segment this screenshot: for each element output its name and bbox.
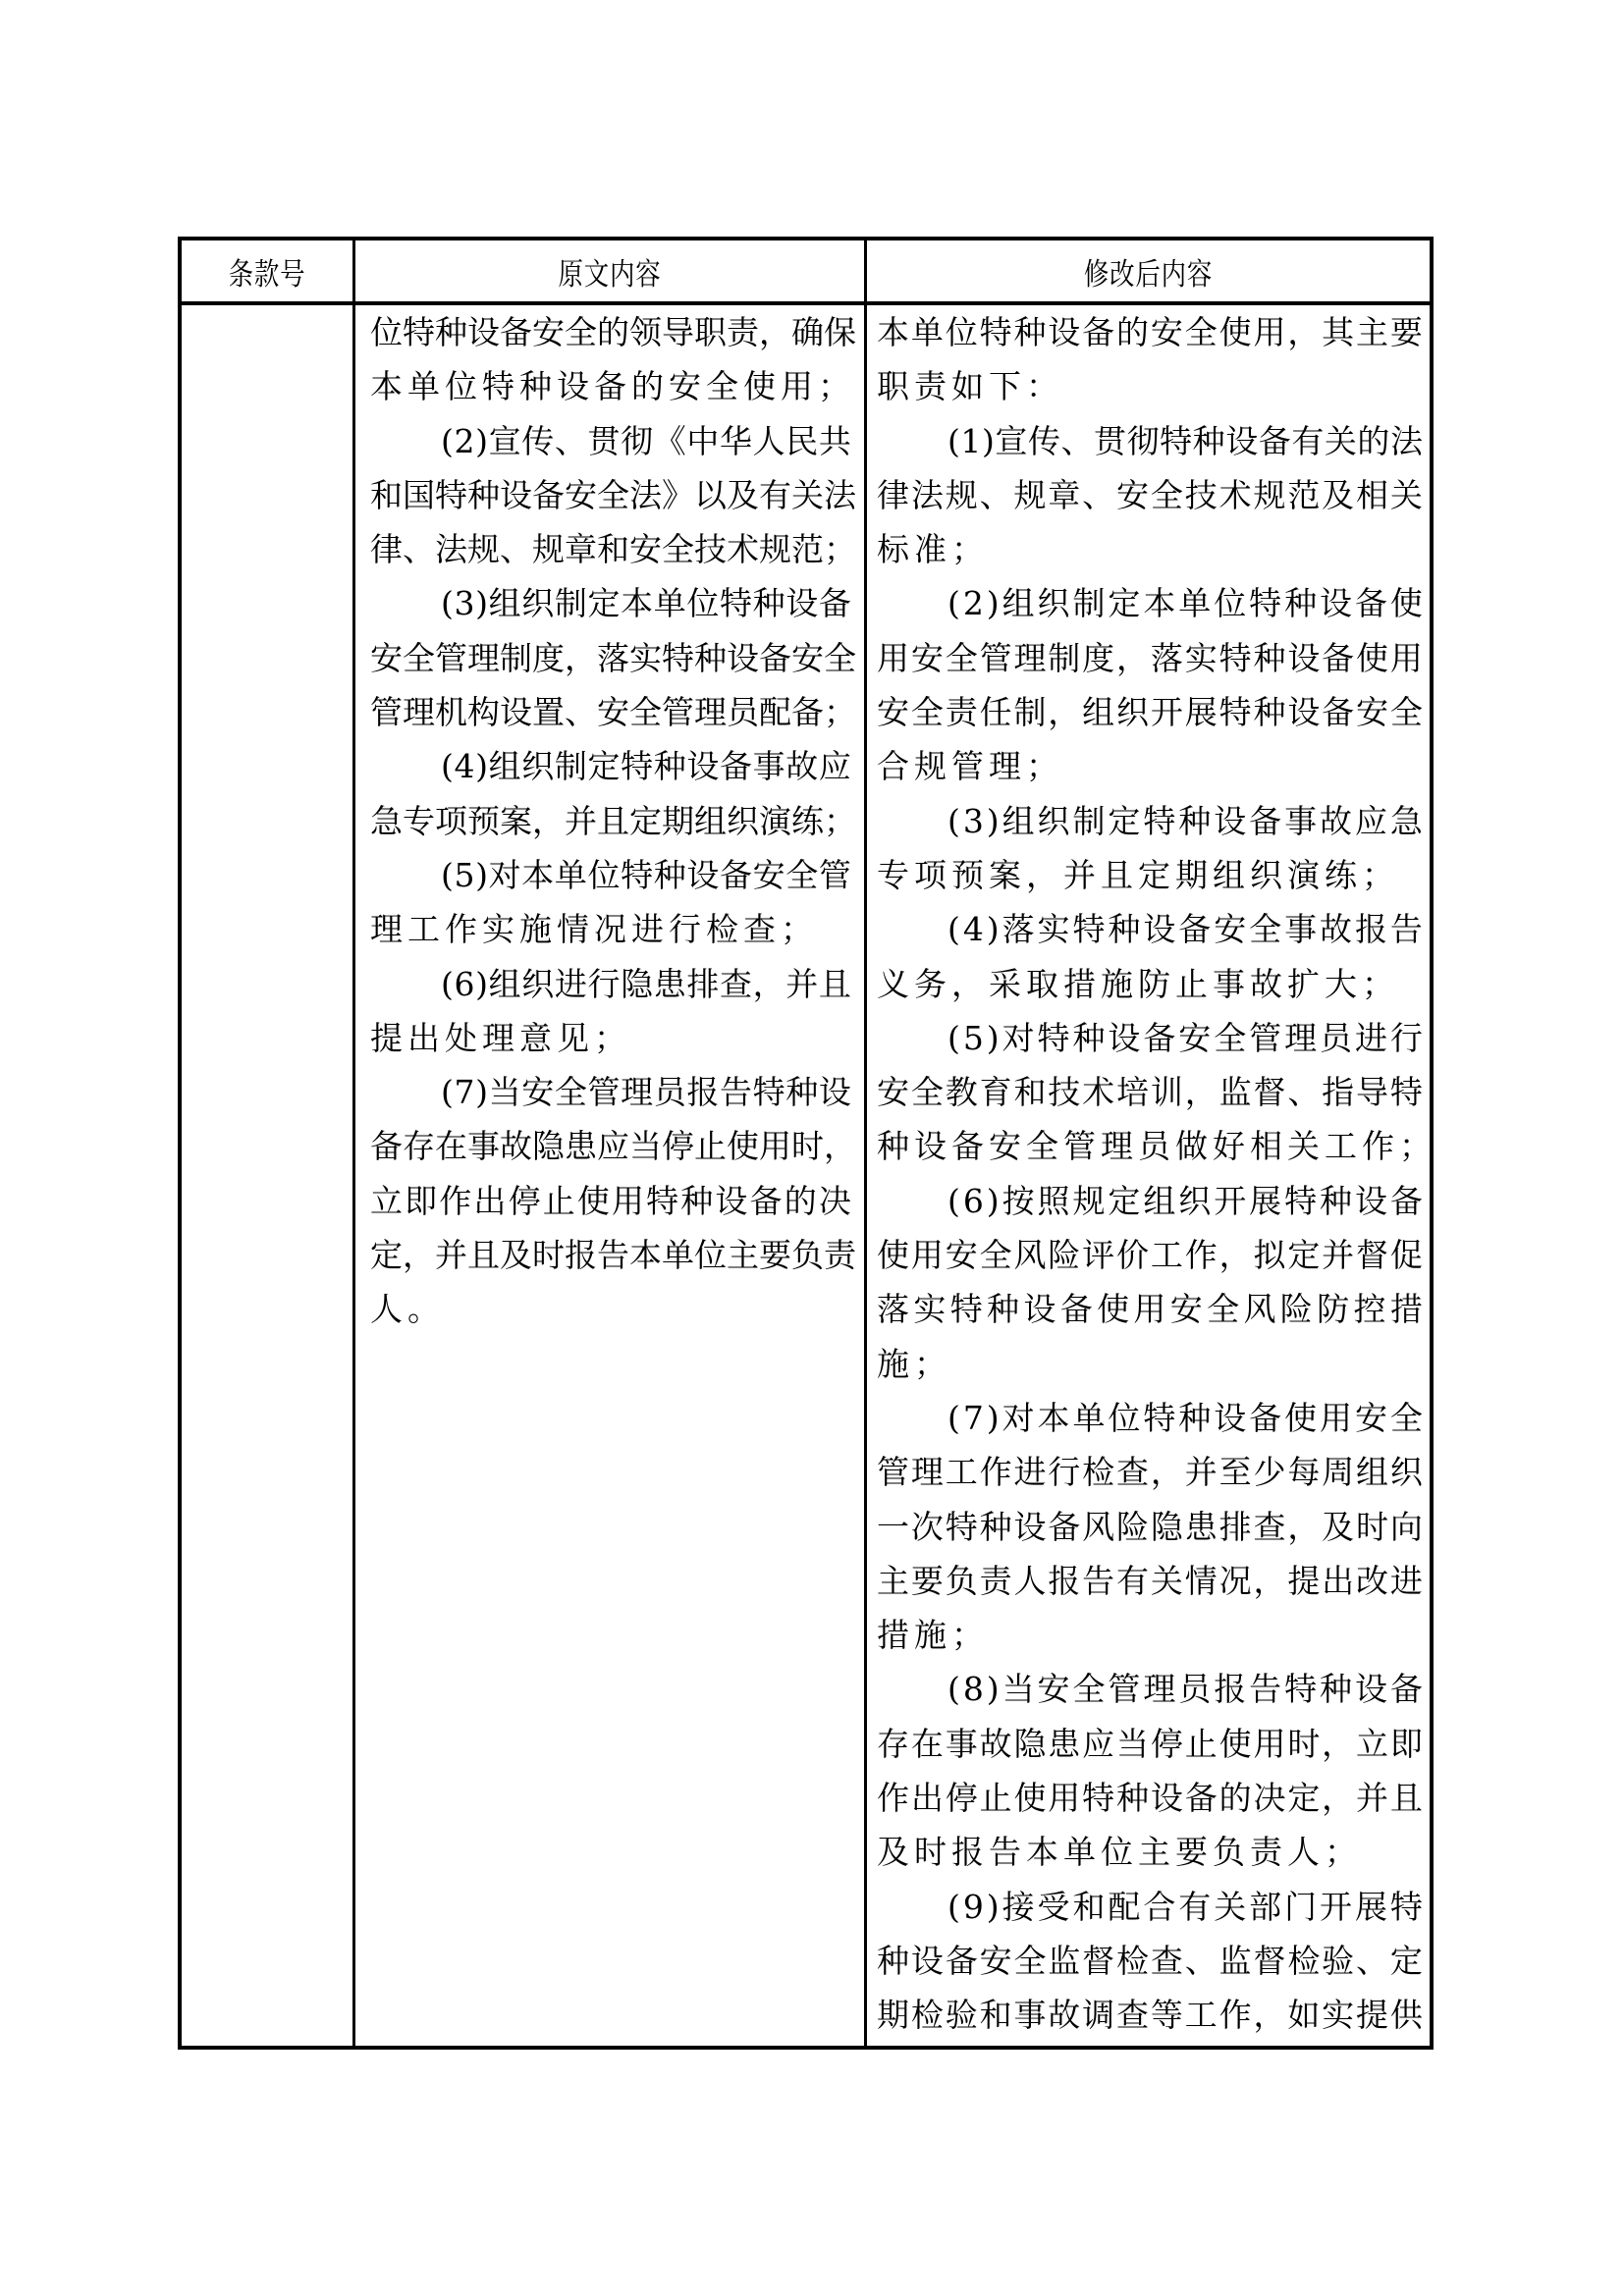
text-line: 安全教育和技术培训，监督、指导特 [877, 1065, 1423, 1119]
line-glyphs: (3)组织制定本单位特种设备 [441, 576, 851, 630]
text-line: 提出处理意见； [370, 1011, 851, 1065]
text-line: 标准； [877, 522, 1423, 576]
text-line: (3)组织制定本单位特种设备 [370, 576, 851, 630]
text-line: 安全责任制，组织开展特种设备安全 [877, 685, 1423, 739]
text-line: 义务，采取措施防止事故扩大； [877, 957, 1423, 1011]
text-line: 本单位特种设备的安全使用，其主要 [877, 305, 1423, 359]
line-glyphs: 作出停止使用特种设备的决定，并且 [877, 1771, 1423, 1825]
line-glyphs: 一次特种设备风险隐患排查，及时向 [877, 1500, 1423, 1554]
header-revised-content: 修改后内容 [918, 240, 1380, 301]
text-line: 位特种设备安全的领导职责，确保 [370, 305, 851, 359]
text-line: 定，并且及时报告本单位主要负责 [370, 1228, 851, 1282]
text-line: 作出停止使用特种设备的决定，并且 [877, 1771, 1423, 1825]
line-glyphs: 定，并且及时报告本单位主要负责 [370, 1228, 851, 1282]
text-line: (6)按照规定组织开展特种设备 [877, 1174, 1423, 1228]
text-line: 使用安全风险评价工作，拟定并督促 [877, 1228, 1423, 1282]
text-line: 措施； [877, 1608, 1423, 1662]
line-glyphs: 安全责任制，组织开展特种设备安全 [877, 685, 1423, 739]
text-line: 备存在事故隐患应当停止使用时， [370, 1119, 851, 1173]
text-line: 专项预案，并且定期组织演练； [877, 848, 1423, 902]
text-line: 主要负责人报告有关情况，提出改进 [877, 1554, 1423, 1608]
line-glyphs: 使用安全风险评价工作，拟定并督促 [877, 1228, 1423, 1282]
line-glyphs: 备存在事故隐患应当停止使用时， [370, 1119, 851, 1173]
line-glyphs: 律法规、规章、安全技术规范及相关 [877, 468, 1423, 522]
text-line: 落实特种设备使用安全风险防控措 [877, 1282, 1423, 1336]
line-glyphs: (6)按照规定组织开展特种设备 [947, 1174, 1423, 1228]
line-glyphs: 立即作出停止使用特种设备的决 [370, 1174, 851, 1228]
line-glyphs: 律、法规、规章和安全技术规范； [370, 522, 851, 576]
text-line: 用安全管理制度，落实特种设备使用 [877, 631, 1423, 685]
line-glyphs: (1)宣传、贯彻特种设备有关的法 [947, 414, 1423, 468]
line-glyphs: 急专项预案，并且定期组织演练； [370, 794, 851, 848]
text-line: 律、法规、规章和安全技术规范； [370, 522, 851, 576]
text-line: 及时报告本单位主要负责人； [877, 1825, 1423, 1879]
text-line: 合规管理； [877, 739, 1423, 793]
line-glyphs: 和国特种设备安全法》以及有关法 [370, 468, 851, 522]
line-glyphs: (7)当安全管理员报告特种设 [441, 1065, 851, 1119]
text-line: 管理工作进行检查，并至少每周组织 [877, 1445, 1423, 1499]
line-glyphs: 种设备安全监督检查、监督检验、定 [877, 1934, 1423, 1988]
text-line: 和国特种设备安全法》以及有关法 [370, 468, 851, 522]
text-line: (9)接受和配合有关部门开展特 [877, 1880, 1423, 1934]
text-line: 安全管理制度，落实特种设备安全 [370, 631, 851, 685]
text-line: 期检验和事故调查等工作，如实提供 [877, 1988, 1423, 2042]
line-glyphs: 主要负责人报告有关情况，提出改进 [877, 1554, 1423, 1608]
text-line: (1)宣传、贯彻特种设备有关的法 [877, 414, 1423, 468]
line-glyphs: 期检验和事故调查等工作，如实提供 [877, 1988, 1423, 2042]
text-line: (5)对本单位特种设备安全管 [370, 848, 851, 902]
text-line: (3)组织制定特种设备事故应急 [877, 794, 1423, 848]
line-glyphs: 安全教育和技术培训，监督、指导特 [877, 1065, 1423, 1119]
line-glyphs: 管理工作进行检查，并至少每周组织 [877, 1445, 1423, 1499]
line-glyphs: (5)对本单位特种设备安全管 [441, 848, 851, 902]
text-line: (2)组织制定本单位特种设备使 [877, 576, 1423, 630]
header-clause-number: 条款号 [197, 240, 338, 301]
line-glyphs: (7)对本单位特种设备使用安全 [947, 1391, 1423, 1445]
text-line: (7)对本单位特种设备使用安全 [877, 1391, 1423, 1445]
revised-content-cell: 本单位特种设备的安全使用，其主要职责如下：(1)宣传、贯彻特种设备有关的法律法规… [877, 305, 1423, 2043]
text-line: 职责如下： [877, 359, 1423, 413]
line-glyphs: (5)对特种设备安全管理员进行 [947, 1011, 1423, 1065]
text-line: (8)当安全管理员报告特种设备 [877, 1662, 1423, 1716]
line-glyphs: (9)接受和配合有关部门开展特 [947, 1880, 1423, 1934]
original-content-cell: 位特种设备安全的领导职责，确保本单位特种设备的安全使用；(2)宣传、贯彻《中华人… [370, 305, 851, 1337]
text-line: (2)宣传、贯彻《中华人民共 [370, 414, 851, 468]
text-line: 律法规、规章、安全技术规范及相关 [877, 468, 1423, 522]
line-glyphs: (2)宣传、贯彻《中华人民共 [441, 414, 851, 468]
text-line: 种设备安全监督检查、监督检验、定 [877, 1934, 1423, 1988]
text-line: 急专项预案，并且定期组织演练； [370, 794, 851, 848]
line-glyphs: 存在事故隐患应当停止使用时，立即 [877, 1717, 1423, 1771]
text-line: 存在事故隐患应当停止使用时，立即 [877, 1717, 1423, 1771]
header-original-content: 原文内容 [402, 240, 819, 301]
column-divider [864, 240, 867, 2046]
text-line: (7)当安全管理员报告特种设 [370, 1065, 851, 1119]
text-line: 管理机构设置、安全管理员配备； [370, 685, 851, 739]
text-line: 本单位特种设备的安全使用； [370, 359, 851, 413]
line-glyphs: (4)落实特种设备安全事故报告 [947, 902, 1423, 956]
text-line: 一次特种设备风险隐患排查，及时向 [877, 1500, 1423, 1554]
text-line: (4)落实特种设备安全事故报告 [877, 902, 1423, 956]
line-glyphs: (8)当安全管理员报告特种设备 [947, 1662, 1423, 1716]
line-glyphs: (3)组织制定特种设备事故应急 [947, 794, 1423, 848]
line-glyphs: 本单位特种设备的安全使用，其主要 [877, 305, 1423, 359]
text-line: (5)对特种设备安全管理员进行 [877, 1011, 1423, 1065]
line-glyphs: (4)组织制定特种设备事故应 [441, 739, 851, 793]
text-line: 种设备安全管理员做好相关工作； [877, 1119, 1423, 1173]
text-line: 施； [877, 1337, 1423, 1391]
text-line: 理工作实施情况进行检查； [370, 902, 851, 956]
column-divider [352, 240, 355, 2046]
line-glyphs: 管理机构设置、安全管理员配备； [370, 685, 851, 739]
line-glyphs: (6)组织进行隐患排查，并且 [441, 957, 851, 1011]
line-glyphs: 安全管理制度，落实特种设备安全 [370, 631, 851, 685]
text-line: (6)组织进行隐患排查，并且 [370, 957, 851, 1011]
text-line: (4)组织制定特种设备事故应 [370, 739, 851, 793]
line-glyphs: (2)组织制定本单位特种设备使 [947, 576, 1423, 630]
comparison-table: 条款号 原文内容 修改后内容 位特种设备安全的领导职责，确保本单位特种设备的安全… [178, 237, 1434, 2050]
line-glyphs: 落实特种设备使用安全风险防控措 [877, 1282, 1423, 1336]
line-glyphs: 用安全管理制度，落实特种设备使用 [877, 631, 1423, 685]
line-glyphs: 位特种设备安全的领导职责，确保 [370, 305, 851, 359]
text-line: 立即作出停止使用特种设备的决 [370, 1174, 851, 1228]
text-line: 人。 [370, 1282, 851, 1336]
